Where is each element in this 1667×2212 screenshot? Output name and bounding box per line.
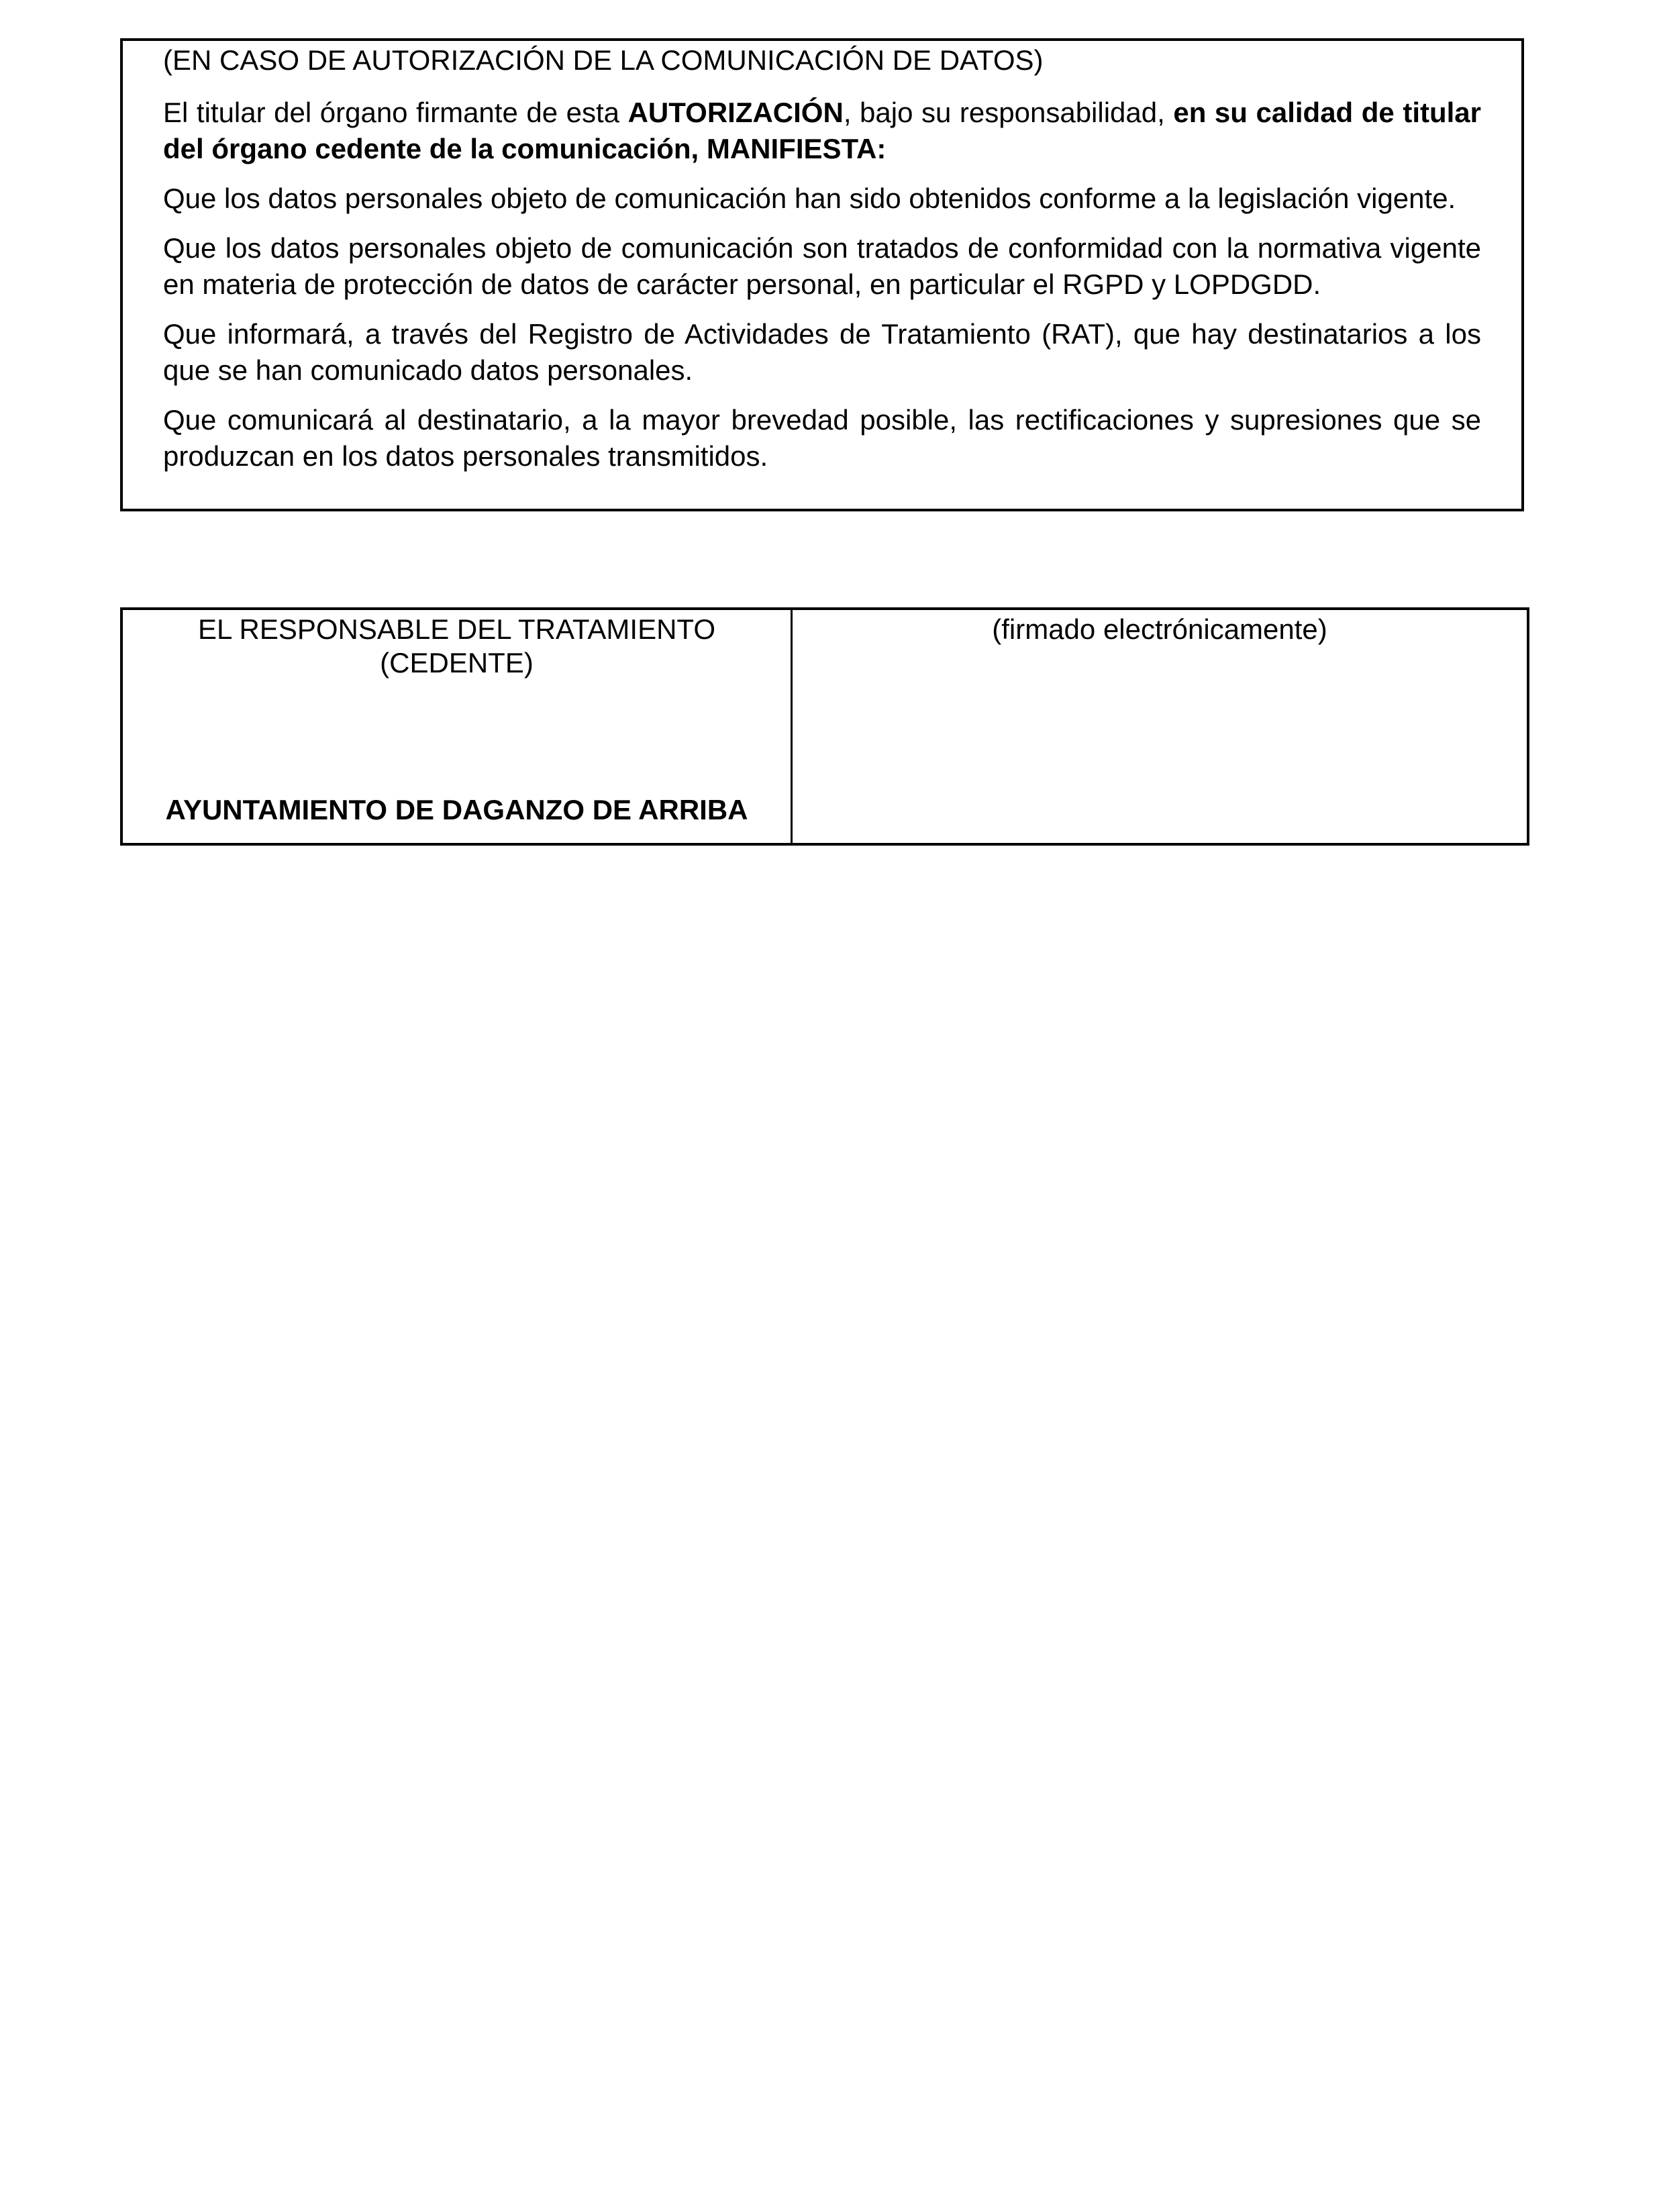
intro-text-2: , bajo su responsabilidad,: [844, 97, 1174, 128]
section-heading: (EN CASO DE AUTORIZACIÓN DE LA COMUNICAC…: [163, 42, 1481, 79]
intro-paragraph: El titular del órgano firmante de esta A…: [163, 95, 1481, 167]
statement-paragraph: Que los datos personales objeto de comun…: [163, 181, 1481, 217]
document-page: (EN CASO DE AUTORIZACIÓN DE LA COMUNICAC…: [0, 0, 1667, 2212]
intro-bold-autorizacion: AUTORIZACIÓN: [628, 97, 844, 128]
signature-table: EL RESPONSABLE DEL TRATAMIENTO (CEDENTE)…: [120, 607, 1529, 846]
signer-entity-name: AYUNTAMIENTO DE DAGANZO DE ARRIBA: [123, 793, 791, 827]
statement-paragraph: Que comunicará al destinatario, a la may…: [163, 402, 1481, 474]
manifest-section: (EN CASO DE AUTORIZACIÓN DE LA COMUNICAC…: [120, 38, 1524, 511]
statement-paragraph: Que informará, a través del Registro de …: [163, 316, 1481, 389]
signature-cell: (firmado electrónicamente): [793, 610, 1527, 843]
intro-text-1: El titular del órgano firmante de esta: [163, 97, 628, 128]
signer-role: EL RESPONSABLE DEL TRATAMIENTO (CEDENTE): [123, 610, 791, 680]
signer-cell: EL RESPONSABLE DEL TRATAMIENTO (CEDENTE)…: [123, 610, 793, 843]
signer-role-line2: (CEDENTE): [380, 647, 534, 678]
electronic-signature-note: (firmado electrónicamente): [793, 610, 1527, 646]
signer-role-line1: EL RESPONSABLE DEL TRATAMIENTO: [198, 613, 715, 645]
statement-paragraph: Que los datos personales objeto de comun…: [163, 230, 1481, 303]
